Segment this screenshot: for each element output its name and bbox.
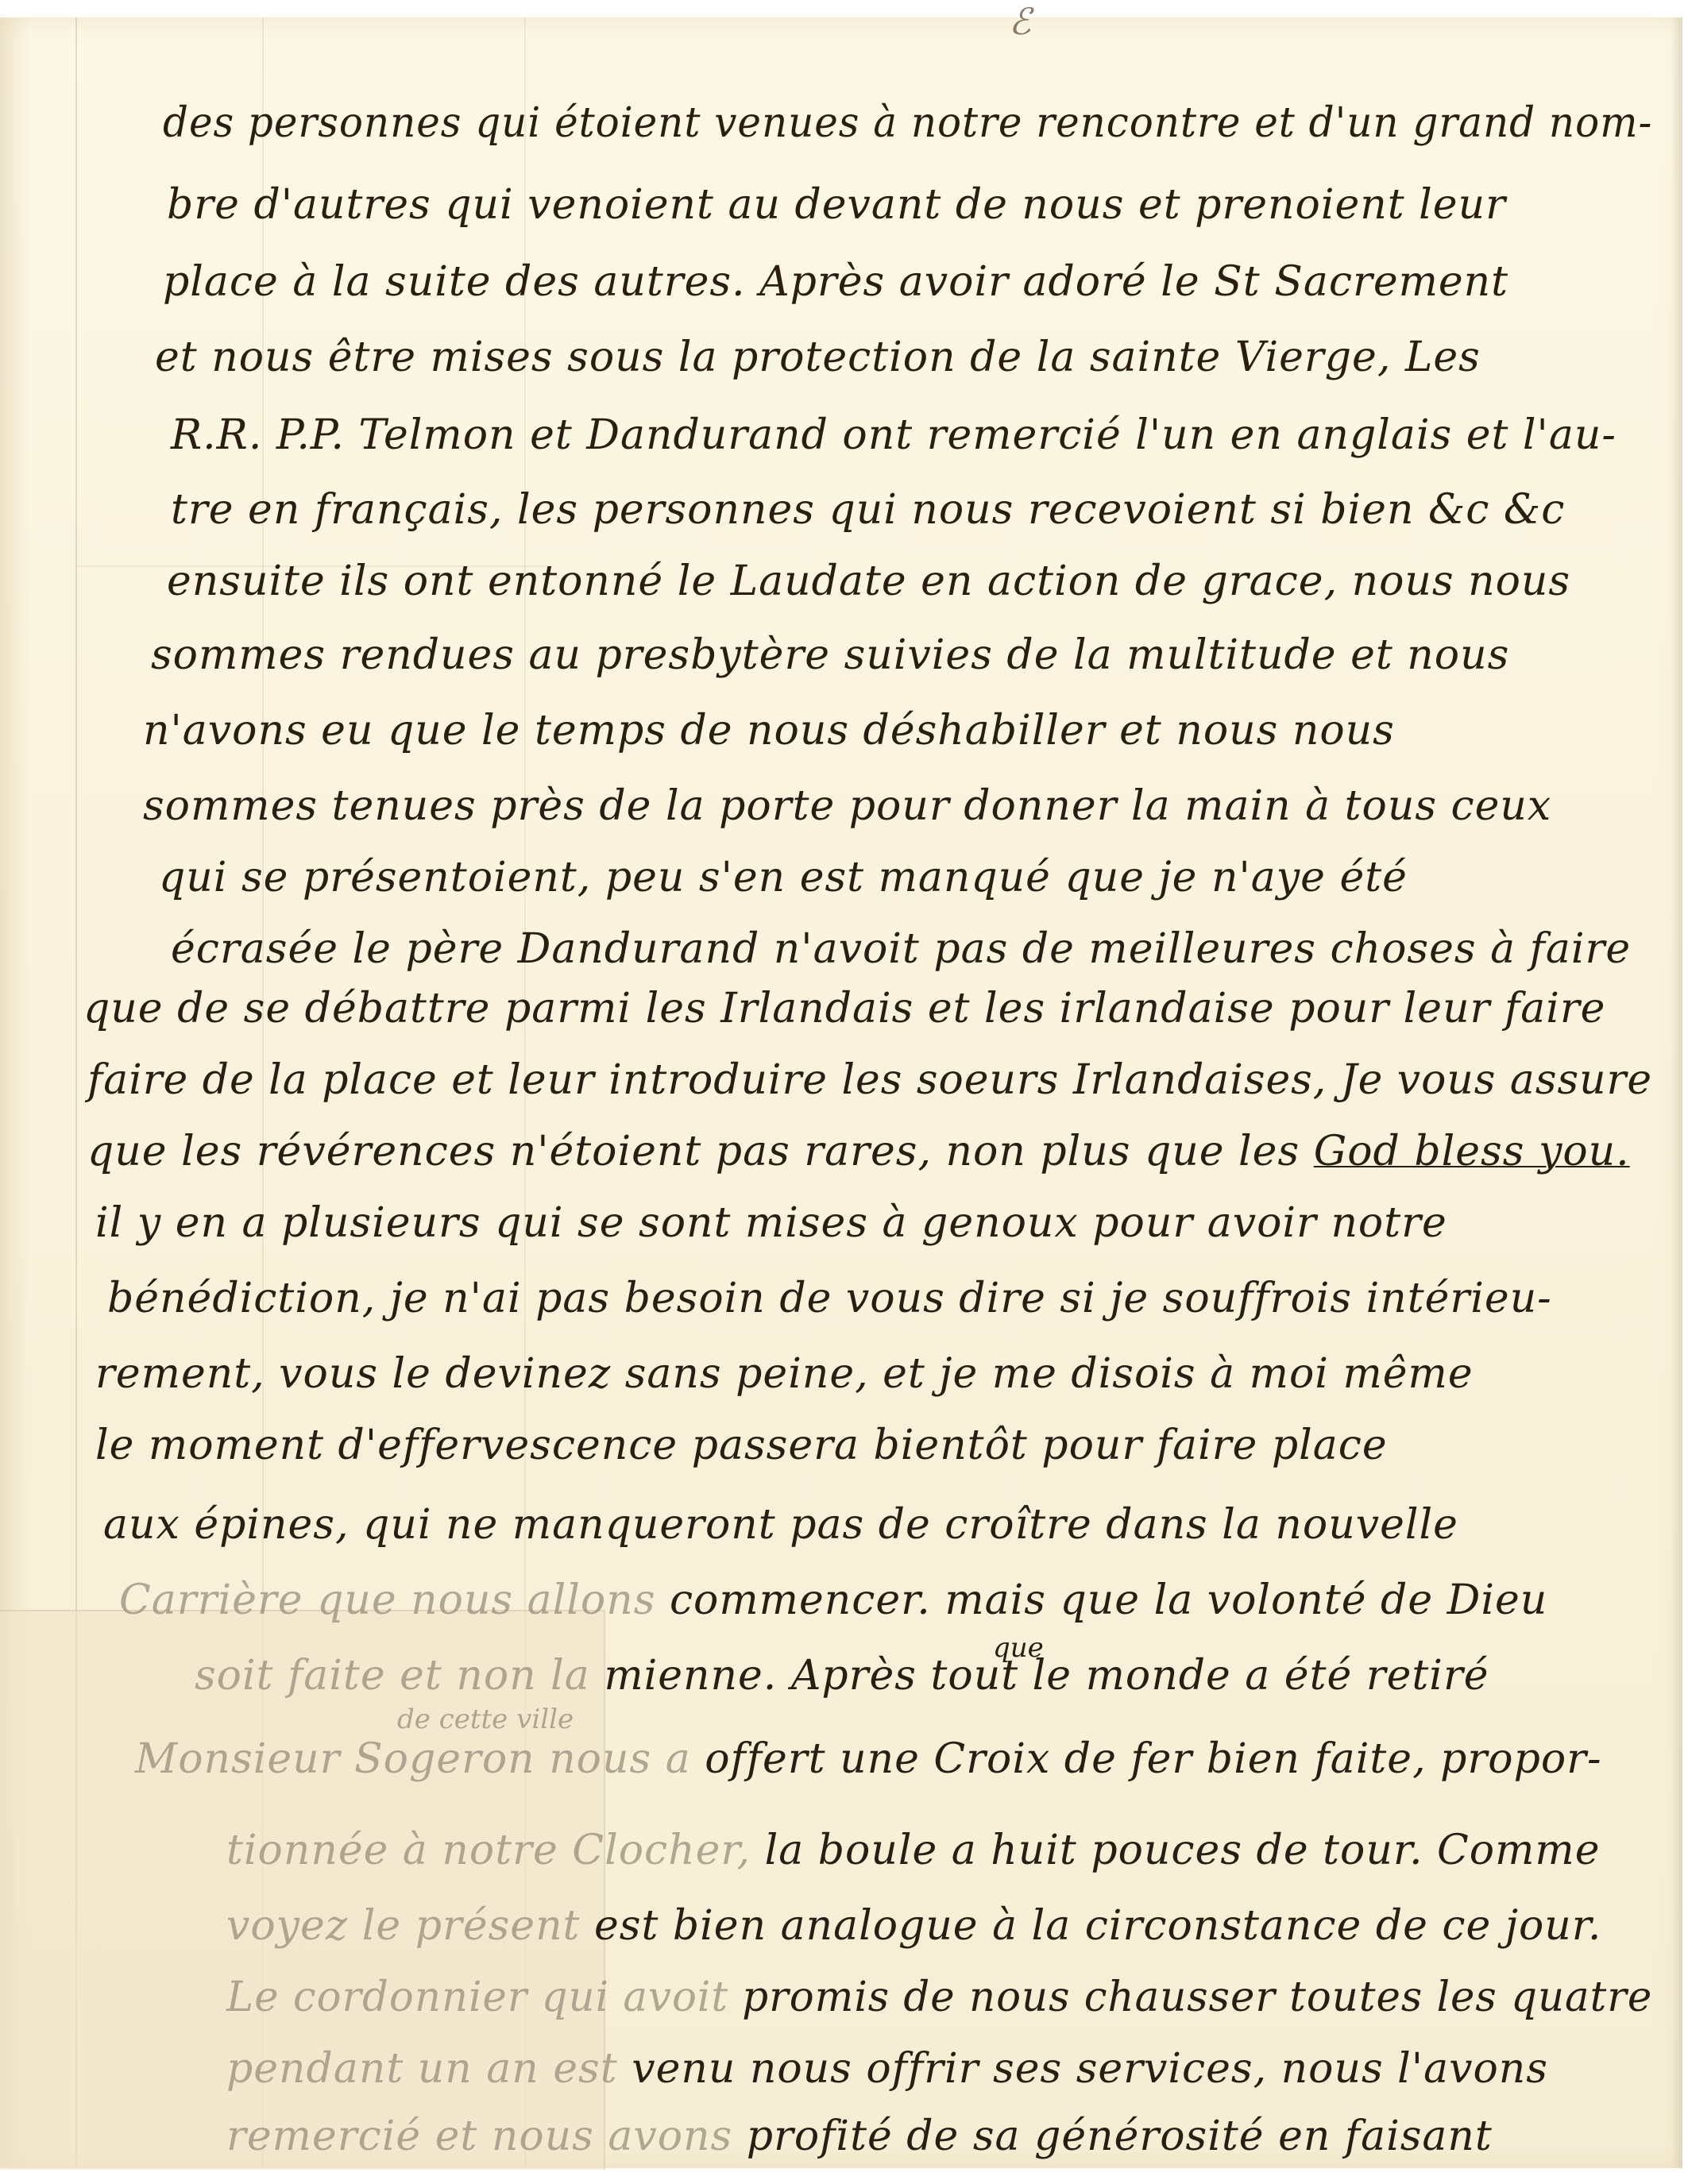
paper-edge [1671,17,1682,2168]
letter-line: bénédiction, je n'ai pas besoin de vous … [107,1275,1552,1322]
english-phrase: God bless you. [1314,1128,1630,1175]
letter-line: faire de la place et leur introduire les… [87,1056,1652,1104]
letter-line-text: que les révérences n'étoient pas rares, … [87,1128,1300,1175]
ink-flourish-mark: ℰ [1009,0,1056,48]
letter-line: remercié et nous avons profité de sa gén… [226,2113,1493,2160]
faded-text: tionnée à notre Clocher, [226,1827,751,1874]
letter-line: qui se présentoient, peu s'en est manqué… [159,854,1408,901]
letter-line-text: tout le monde a été retiré [931,1652,1489,1700]
faded-text: Carrière que nous allons [119,1576,655,1624]
faded-text: pendant un an est [226,2045,618,2093]
faded-text: voyez le présent [226,1902,580,1950]
letter-line: soit faite et non la mienne. Après tout … [195,1652,1489,1700]
letter-line-text: est bien analogue à la circonstance de c… [594,1902,1601,1950]
letter-line: bre d'autres qui venoient au devant de n… [167,181,1506,229]
interlinear-insertion: de cette ville [397,1704,574,1735]
letter-line: tionnée à notre Clocher, la boule a huit… [226,1827,1601,1874]
letter-line: Carrière que nous allons commencer. mais… [119,1576,1547,1624]
letter-line-text: profité de sa générosité en faisant [747,2113,1493,2160]
letter-line: rement, vous le devinez sans peine, et j… [95,1350,1474,1398]
letter-line: il y en a plusieurs qui se sont mises à … [95,1199,1447,1247]
letter-line: écrasée le père Dandurand n'avoit pas de… [171,925,1631,973]
letter-line-text: promis de nous chausser toutes les quatr… [742,1974,1652,2021]
letter-line: des personnes qui étoient venues à notre… [163,99,1652,147]
letter-line: le moment d'effervescence passera bientô… [95,1422,1388,1469]
faded-text: remercié et nous avons [226,2113,732,2160]
letter-line-text: offert une Croix de fer bien faite, prop… [705,1735,1601,1783]
faded-text: Monsieur Sogeron [135,1735,535,1783]
letter-line: Monsieur Sogeron nous a offert une Croix… [135,1735,1602,1783]
faded-text: nous a [549,1735,691,1783]
letter-line-text: la boule a huit pouces de tour. Comme [765,1827,1601,1874]
letter-line: place à la suite des autres. Après avoir… [163,258,1508,306]
letter-line: Le cordonnier qui avoit promis de nous c… [226,1974,1652,2021]
letter-line: tre en français, les personnes qui nous … [171,486,1565,534]
letter-line: ensuite ils ont entonné le Laudate en ac… [167,558,1570,605]
letter-line: que les révérences n'étoient pas rares, … [87,1128,1630,1175]
faded-text: Le cordonnier qui avoit [226,1974,728,2021]
letter-line: n'avons eu que le temps de nous déshabil… [143,707,1395,754]
letter-line: sommes tenues près de la porte pour donn… [143,782,1551,830]
letter-line: aux épines, qui ne manqueront pas de cro… [103,1501,1458,1549]
faded-text: soit faite et non la [195,1652,590,1700]
letter-line: sommes rendues au presbytère suivies de … [151,631,1509,679]
letter-line: voyez le présent est bien analogue à la … [226,1902,1601,1950]
letter-line-text: venu nous offrir ses services, nous l'av… [632,2045,1548,2093]
letter-line: et nous être mises sous la protection de… [155,334,1481,381]
letter-line-text: commencer. mais que la volonté de Dieu [670,1576,1547,1624]
letter-line: que de se débattre parmi les Irlandais e… [83,985,1605,1032]
letter-line-text: mienne. Après [604,1652,917,1700]
letter-line: R.R. P.P. Telmon et Dandurand ont remerc… [171,411,1617,459]
letter-line: pendant un an est venu nous offrir ses s… [226,2045,1548,2093]
